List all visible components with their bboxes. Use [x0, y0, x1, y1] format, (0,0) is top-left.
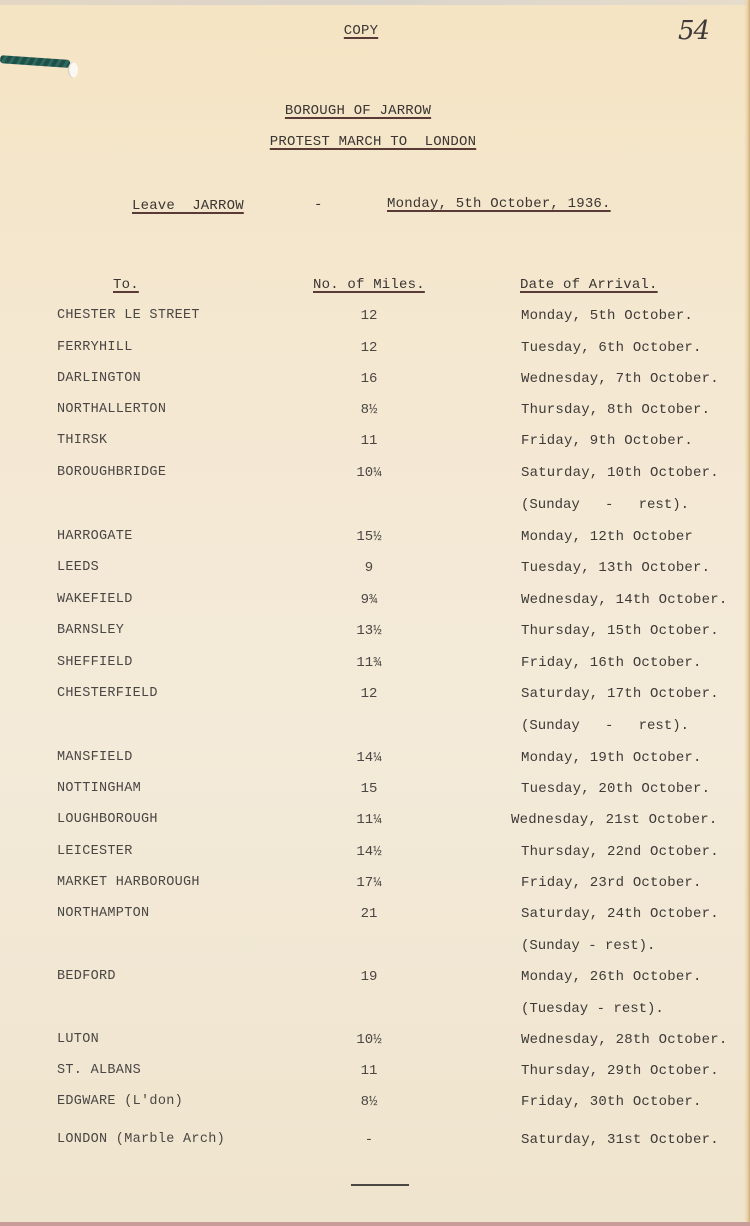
- table-row: NOTTINGHAM 15 Tuesday, 20th October.: [0, 781, 750, 801]
- table-row: LOUGHBOROUGH 11¼ Wednesday, 21st October…: [0, 812, 750, 832]
- date-cell: Thursday, 8th October.: [521, 402, 710, 418]
- table-row: LUTON 10½ Wednesday, 28th October.: [0, 1032, 750, 1052]
- miles-cell: 10½: [356, 1032, 381, 1048]
- date-cell: Tuesday, 20th October.: [521, 781, 710, 797]
- table-row: WAKEFIELD 9¾ Wednesday, 14th October.: [0, 592, 750, 612]
- place-cell: MANSFIELD: [57, 750, 133, 765]
- borough-heading: BOROUGH OF JARROW: [285, 103, 431, 119]
- rest-day-note: (Tuesday - rest).: [521, 1001, 664, 1017]
- place-cell: LONDON (Marble Arch): [57, 1132, 225, 1147]
- place-cell: BOROUGHBRIDGE: [57, 465, 166, 480]
- miles-cell: 11¾: [356, 655, 381, 671]
- place-cell: CHESTERFIELD: [57, 686, 158, 701]
- miles-cell: 17¼: [356, 875, 381, 891]
- rest-day-note: (Sunday - rest).: [521, 938, 655, 954]
- miles-cell: 14¼: [356, 750, 381, 766]
- place-cell: SHEFFIELD: [57, 655, 133, 670]
- table-row: EDGWARE (L'don) 8½ Friday, 30th October.: [0, 1094, 750, 1114]
- place-cell: ST. ALBANS: [57, 1063, 141, 1078]
- place-cell: MARKET HARBOROUGH: [57, 875, 200, 890]
- place-cell: LOUGHBOROUGH: [57, 812, 158, 827]
- place-cell: BARNSLEY: [57, 623, 124, 638]
- table-row: SHEFFIELD 11¾ Friday, 16th October.: [0, 655, 750, 675]
- table-row: ST. ALBANS 11 Thursday, 29th October.: [0, 1063, 750, 1083]
- date-cell: Friday, 9th October.: [521, 433, 693, 449]
- miles-cell: 8½: [361, 1094, 378, 1110]
- date-cell: Friday, 30th October.: [521, 1094, 702, 1110]
- table-row: LEICESTER 14½ Thursday, 22nd October.: [0, 844, 750, 864]
- place-cell: NORTHAMPTON: [57, 906, 149, 921]
- table-row: NORTHALLERTON 8½ Thursday, 8th October.: [0, 402, 750, 422]
- miles-cell: 15: [361, 781, 378, 797]
- place-cell: HARROGATE: [57, 529, 133, 544]
- table-row: FERRYHILL 12 Tuesday, 6th October.: [0, 340, 750, 360]
- date-cell: Thursday, 22nd October.: [521, 844, 719, 860]
- date-cell: Saturday, 24th October.: [521, 906, 719, 922]
- column-header-to: To.: [113, 277, 139, 293]
- binding-string-icon: [0, 55, 70, 68]
- place-cell: LUTON: [57, 1032, 99, 1047]
- miles-cell: 21: [361, 906, 378, 922]
- table-row: BARNSLEY 13½ Thursday, 15th October.: [0, 623, 750, 643]
- end-divider: [351, 1184, 409, 1186]
- miles-cell: 15½: [356, 529, 381, 545]
- miles-cell: 16: [361, 371, 378, 387]
- miles-cell: 11: [361, 1063, 378, 1079]
- table-row: MARKET HARBOROUGH 17¼ Friday, 23rd Octob…: [0, 875, 750, 895]
- date-cell: Tuesday, 13th October.: [521, 560, 710, 576]
- miles-cell: 13½: [356, 623, 381, 639]
- place-cell: EDGWARE (L'don): [57, 1094, 183, 1109]
- departure-date: Monday, 5th October, 1936.: [387, 196, 611, 212]
- miles-cell: 11: [361, 433, 378, 449]
- paper-top-edge: [0, 0, 750, 5]
- date-cell: Monday, 5th October.: [521, 308, 693, 324]
- column-header-date: Date of Arrival.: [520, 277, 658, 293]
- place-cell: LEEDS: [57, 560, 99, 575]
- departure-label: Leave JARROW: [132, 198, 244, 214]
- table-row: BEDFORD 19 Monday, 26th October.: [0, 969, 750, 989]
- date-cell: Friday, 16th October.: [521, 655, 702, 671]
- miles-cell: -: [365, 1132, 373, 1148]
- date-cell: Wednesday, 14th October.: [521, 592, 727, 608]
- punch-hole-icon: [68, 62, 78, 78]
- miles-cell: 12: [361, 308, 378, 324]
- miles-cell: 10¼: [356, 465, 381, 481]
- miles-cell: 11¼: [356, 812, 381, 828]
- table-row: MANSFIELD 14¼ Monday, 19th October.: [0, 750, 750, 770]
- place-cell: NOTTINGHAM: [57, 781, 141, 796]
- table-row: CHESTER LE STREET 12 Monday, 5th October…: [0, 308, 750, 328]
- date-cell: Saturday, 10th October.: [521, 465, 719, 481]
- date-cell: Monday, 19th October.: [521, 750, 702, 766]
- place-cell: FERRYHILL: [57, 340, 133, 355]
- table-row: HARROGATE 15½ Monday, 12th October: [0, 529, 750, 549]
- table-row: DARLINGTON 16 Wednesday, 7th October.: [0, 371, 750, 391]
- place-cell: LEICESTER: [57, 844, 133, 859]
- miles-cell: 12: [361, 340, 378, 356]
- place-cell: NORTHALLERTON: [57, 402, 166, 417]
- date-cell: Saturday, 31st October.: [521, 1132, 719, 1148]
- date-cell: Tuesday, 6th October.: [521, 340, 702, 356]
- place-cell: CHESTER LE STREET: [57, 308, 200, 323]
- place-cell: THIRSK: [57, 433, 107, 448]
- date-cell: Thursday, 29th October.: [521, 1063, 719, 1079]
- miles-cell: 9¾: [361, 592, 378, 608]
- miles-cell: 8½: [361, 402, 378, 418]
- miles-cell: 19: [361, 969, 378, 985]
- place-cell: DARLINGTON: [57, 371, 141, 386]
- table-row: THIRSK 11 Friday, 9th October.: [0, 433, 750, 453]
- document-page: 54 COPY BOROUGH OF JARROW PROTEST MARCH …: [0, 0, 750, 1226]
- column-header-miles: No. of Miles.: [313, 277, 425, 293]
- table-row: CHESTERFIELD 12 Saturday, 17th October.: [0, 686, 750, 706]
- place-cell: WAKEFIELD: [57, 592, 133, 607]
- place-cell: BEDFORD: [57, 969, 116, 984]
- date-cell: Friday, 23rd October.: [521, 875, 702, 891]
- miles-cell: 9: [365, 560, 373, 576]
- table-row: NORTHAMPTON 21 Saturday, 24th October.: [0, 906, 750, 926]
- table-row: LONDON (Marble Arch) - Saturday, 31st Oc…: [0, 1132, 750, 1152]
- date-cell: Monday, 12th October: [521, 529, 693, 545]
- departure-dash: -: [314, 197, 323, 213]
- date-cell: Saturday, 17th October.: [521, 686, 719, 702]
- folio-number: 54: [678, 16, 709, 46]
- miles-cell: 12: [361, 686, 378, 702]
- document-title: PROTEST MARCH TO LONDON: [270, 134, 476, 150]
- rest-day-note: (Sunday - rest).: [521, 497, 689, 513]
- date-cell: Thursday, 15th October.: [521, 623, 719, 639]
- paper-bottom-edge: [0, 1222, 750, 1226]
- table-row: BOROUGHBRIDGE 10¼ Saturday, 10th October…: [0, 465, 750, 485]
- date-cell: Wednesday, 7th October.: [521, 371, 719, 387]
- copy-label: COPY: [344, 23, 378, 39]
- date-cell: Wednesday, 28th October.: [521, 1032, 727, 1048]
- rest-day-note: (Sunday - rest).: [521, 718, 689, 734]
- miles-cell: 14½: [356, 844, 381, 860]
- table-row: LEEDS 9 Tuesday, 13th October.: [0, 560, 750, 580]
- date-cell: Wednesday, 21st October.: [511, 812, 717, 828]
- date-cell: Monday, 26th October.: [521, 969, 702, 985]
